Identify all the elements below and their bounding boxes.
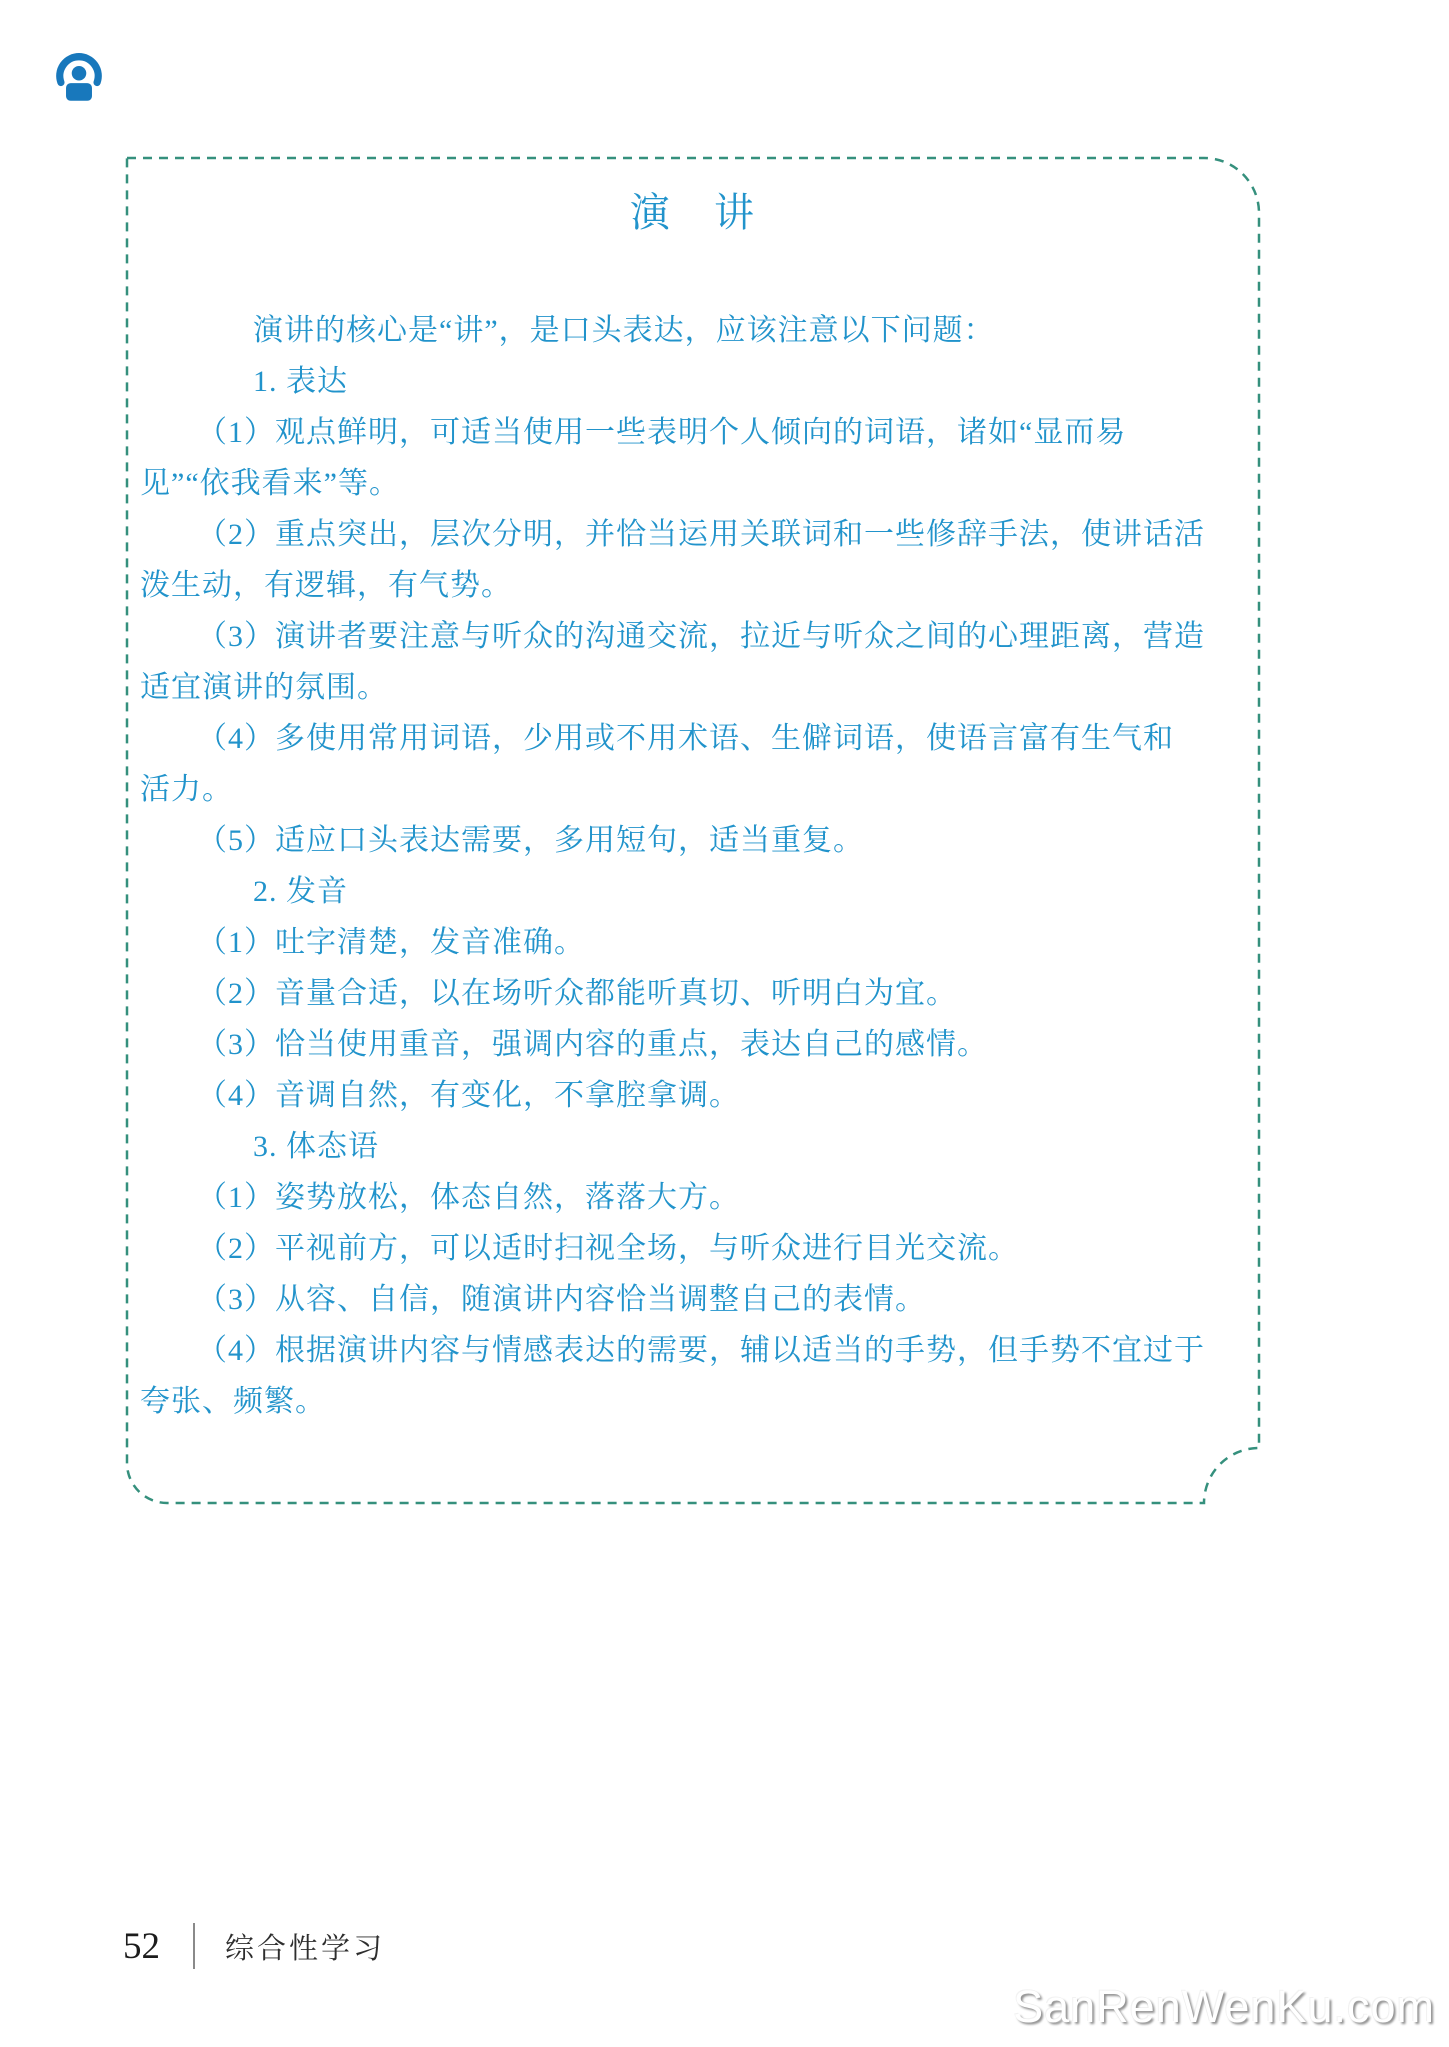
section-name: 综合性学习: [225, 1926, 385, 1967]
text-line: 夸张、频繁。: [140, 1376, 1238, 1427]
textbook-page: 演 讲 演讲的核心是“讲”，是口头表达，应该注意以下问题：1. 表达（1）观点鲜…: [0, 0, 1449, 2047]
text-line: 3. 体态语: [140, 1121, 1238, 1172]
text-line: （5）适应口头表达需要，多用短句，适当重复。: [140, 815, 1238, 866]
watermark: SanRenWenKu.com: [1013, 1981, 1435, 2033]
text-line: （2）重点突出，层次分明，并恰当运用关联词和一些修辞手法，使讲话活: [140, 509, 1238, 560]
text-line: （4）音调自然，有变化，不拿腔拿调。: [140, 1070, 1238, 1121]
text-line: 演讲的核心是“讲”，是口头表达，应该注意以下问题：: [140, 305, 1238, 356]
text-line: （3）从容、自信，随演讲内容恰当调整自己的表情。: [140, 1274, 1238, 1325]
text-line: （3）演讲者要注意与听众的沟通交流，拉近与听众之间的心理距离，营造: [140, 611, 1238, 662]
text-line: 泼生动，有逻辑，有气势。: [140, 560, 1238, 611]
text-line: （4）多使用常用词语，少用或不用术语、生僻词语，使语言富有生气和: [140, 713, 1238, 764]
page-number: 52: [123, 1925, 160, 1968]
text-line: 见”“依我看来”等。: [140, 458, 1238, 509]
text-line: （4）根据演讲内容与情感表达的需要，辅以适当的手势，但手势不宜过于: [140, 1325, 1238, 1376]
text-line: 1. 表达: [140, 356, 1238, 407]
body-text: 演讲的核心是“讲”，是口头表达，应该注意以下问题：1. 表达（1）观点鲜明，可适…: [140, 305, 1238, 1427]
text-line: （2）音量合适，以在场听众都能听真切、听明白为宜。: [140, 968, 1238, 1019]
footer: 52 综合性学习: [123, 1918, 385, 1974]
user-icon: [52, 52, 106, 106]
text-line: 2. 发音: [140, 866, 1238, 917]
page-title: 演 讲: [127, 188, 1259, 238]
text-line: （3）恰当使用重音，强调内容的重点，表达自己的感情。: [140, 1019, 1238, 1070]
text-line: （1）姿势放松，体态自然，落落大方。: [140, 1172, 1238, 1223]
text-line: （2）平视前方，可以适时扫视全场，与听众进行目光交流。: [140, 1223, 1238, 1274]
text-line: 活力。: [140, 764, 1238, 815]
text-line: 适宜演讲的氛围。: [140, 662, 1238, 713]
text-line: （1）吐字清楚，发音准确。: [140, 917, 1238, 968]
text-line: （1）观点鲜明，可适当使用一些表明个人倾向的词语，诸如“显而易: [140, 407, 1238, 458]
footer-divider: [193, 1923, 195, 1969]
